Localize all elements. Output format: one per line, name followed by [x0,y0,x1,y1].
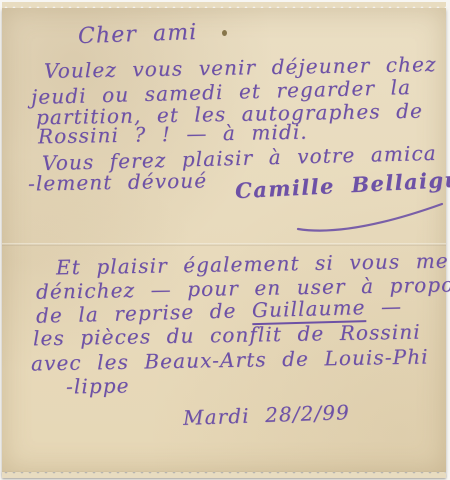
letter-scan: Cher ami Voulez vous venir déjeuner chez… [0,0,450,480]
perforated-edge-bottom [2,472,446,478]
letter-paper: Cher ami Voulez vous venir déjeuner chez… [2,8,446,472]
body-line-6: -lement dévoué [28,168,208,195]
body-line-9-suffix: — [381,294,403,319]
paper-speck [222,30,227,36]
date-line: Mardi 28/2/99 [183,400,351,430]
fold-crease [2,243,446,246]
salutation-line: Cher ami [78,20,198,49]
signature-flourish [292,193,447,238]
body-line-4: Rossini ? ! — à midi. [38,120,308,149]
perforated-edge-top [2,2,446,8]
body-line-12: -lippe [66,373,130,398]
